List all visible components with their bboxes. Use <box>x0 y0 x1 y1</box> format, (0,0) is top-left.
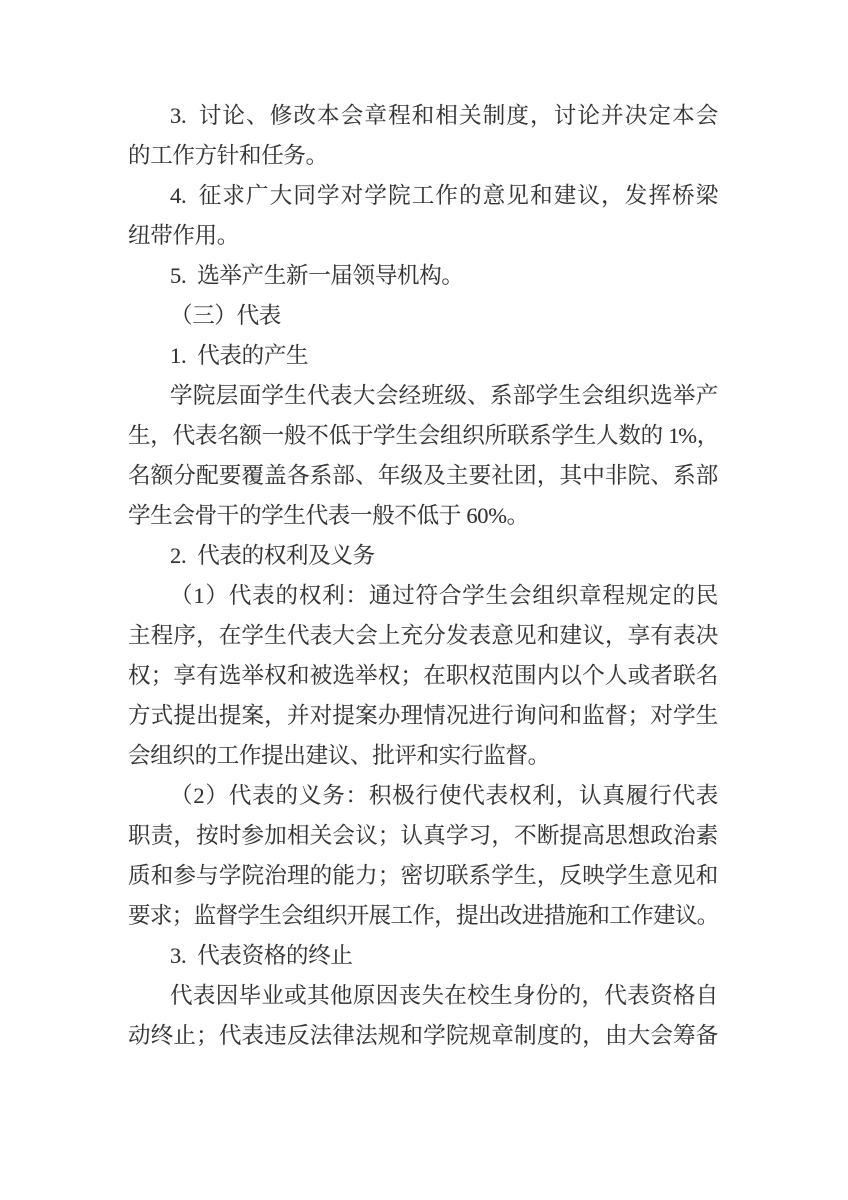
text-line: 5. 选举产生新一届领导机构。 <box>128 256 718 296</box>
text-line: 纽带作用。 <box>128 216 718 256</box>
document-text: 3. 讨论、修改本会章程和相关制度，讨论并决定本会的工作方针和任务。4. 征求广… <box>128 96 718 1056</box>
text-line: 名额分配要覆盖各系部、年级及主要社团，其中非院、系部 <box>128 456 718 496</box>
text-line: （2）代表的义务：积极行使代表权利，认真履行代表 <box>128 776 718 816</box>
document-page: 3. 讨论、修改本会章程和相关制度，讨论并决定本会的工作方针和任务。4. 征求广… <box>0 0 848 1200</box>
text-line: 生，代表名额一般不低于学生会组织所联系学生人数的 1%， <box>128 416 718 456</box>
text-line: 职责，按时参加相关会议；认真学习，不断提高思想政治素 <box>128 816 718 856</box>
text-line: 3. 讨论、修改本会章程和相关制度，讨论并决定本会 <box>128 96 718 136</box>
text-line: （1）代表的权利：通过符合学生会组织章程规定的民 <box>128 576 718 616</box>
text-line: 方式提出提案，并对提案办理情况进行询问和监督；对学生 <box>128 696 718 736</box>
text-line: 质和参与学院治理的能力；密切联系学生，反映学生意见和 <box>128 856 718 896</box>
text-line: 权；享有选举权和被选举权；在职权范围内以个人或者联名 <box>128 656 718 696</box>
text-line: 会组织的工作提出建议、批评和实行监督。 <box>128 736 718 776</box>
text-line: 要求；监督学生会组织开展工作，提出改进措施和工作建议。 <box>128 896 718 936</box>
text-line: 3. 代表资格的终止 <box>128 936 718 976</box>
text-line: 学院层面学生代表大会经班级、系部学生会组织选举产 <box>128 376 718 416</box>
text-line: 2. 代表的权利及义务 <box>128 536 718 576</box>
text-line: 4. 征求广大同学对学院工作的意见和建议，发挥桥梁 <box>128 176 718 216</box>
text-line: 动终止；代表违反法律法规和学院规章制度的，由大会筹备 <box>128 1016 718 1056</box>
text-line: 学生会骨干的学生代表一般不低于 60%。 <box>128 496 718 536</box>
text-line: （三）代表 <box>128 296 718 336</box>
text-line: 主程序，在学生代表大会上充分发表意见和建议，享有表决 <box>128 616 718 656</box>
text-line: 代表因毕业或其他原因丧失在校生身份的，代表资格自 <box>128 976 718 1016</box>
text-line: 1. 代表的产生 <box>128 336 718 376</box>
text-line: 的工作方针和任务。 <box>128 136 718 176</box>
